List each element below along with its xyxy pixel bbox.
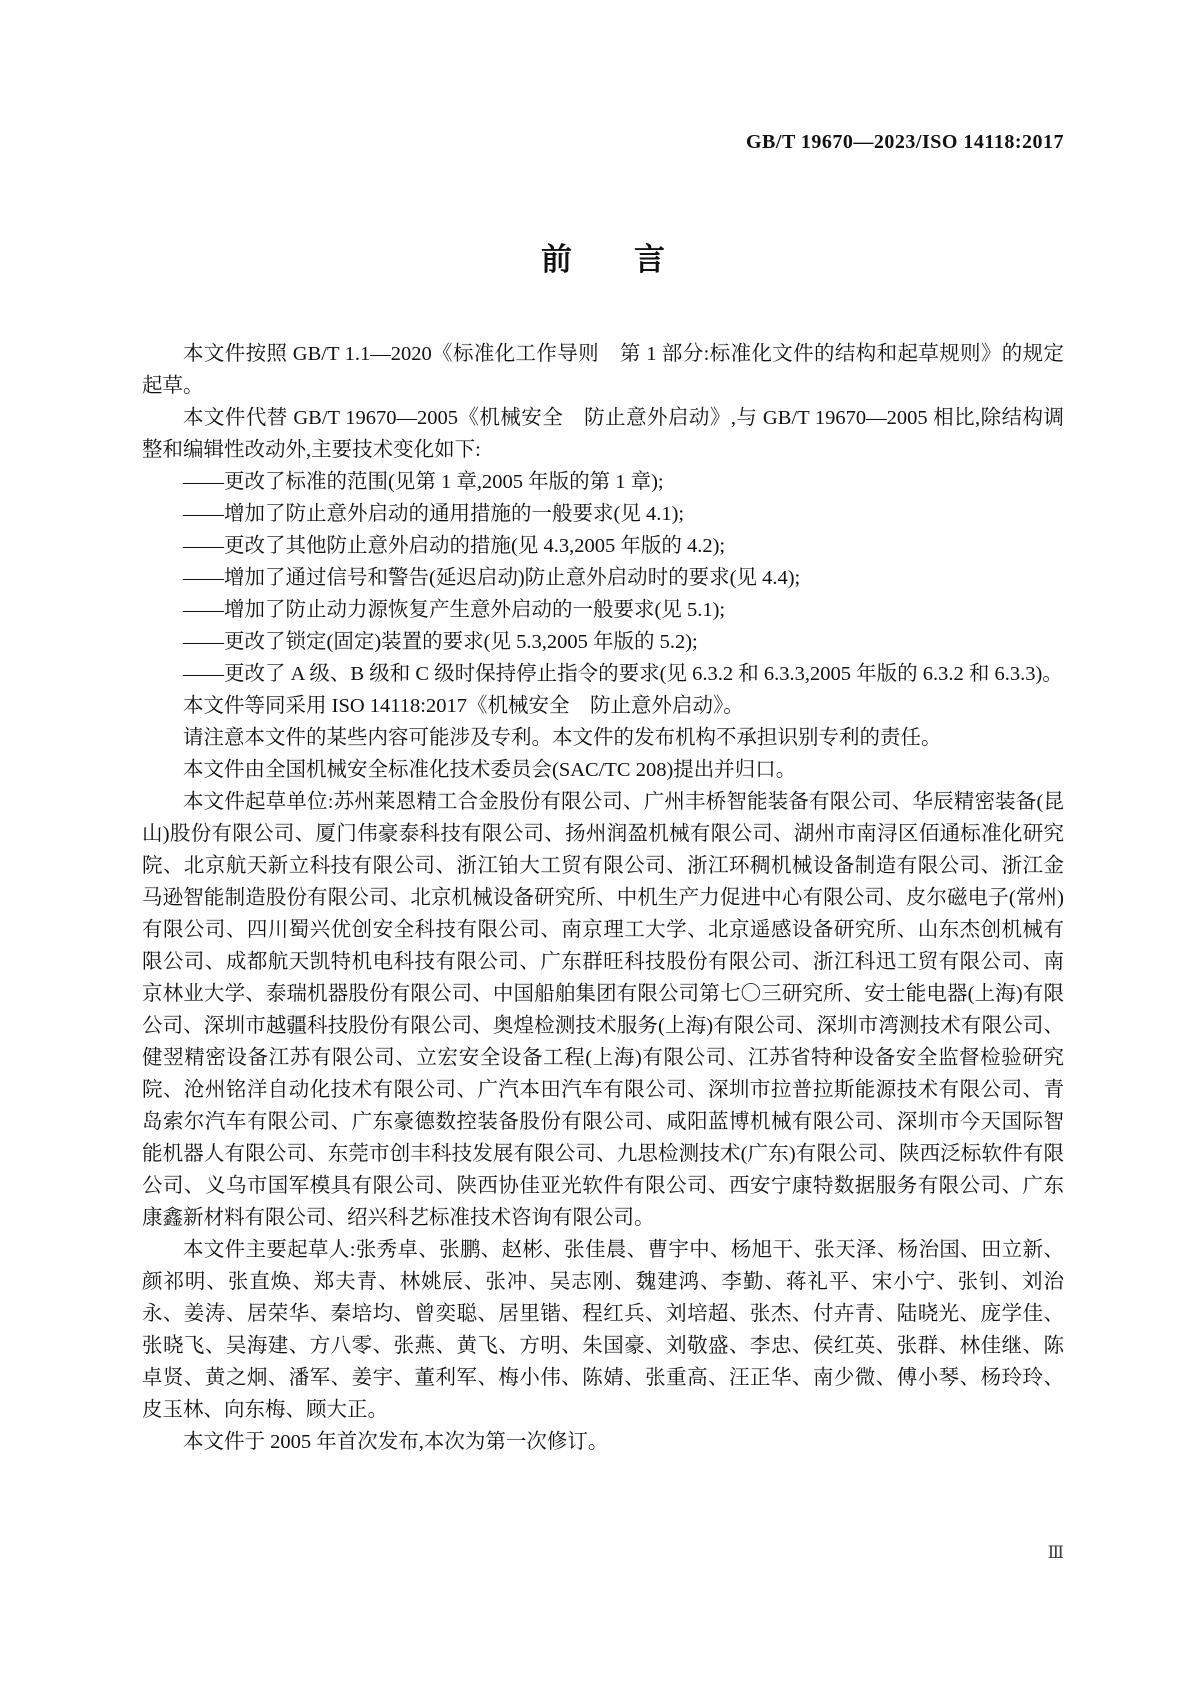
change-list-item: ——更改了 A 级、B 级和 C 级时保持停止指令的要求(见 6.3.2 和 6… (142, 658, 1064, 690)
change-list-item: ——增加了防止动力源恢复产生意外启动的一般要求(见 5.1); (142, 594, 1064, 626)
change-list-item: ——更改了标准的范围(见第 1 章,2005 年版的第 1 章); (142, 466, 1064, 498)
foreword-paragraph: 请注意本文件的某些内容可能涉及专利。本文件的发布机构不承担识别专利的责任。 (142, 722, 1064, 754)
change-list-item: ——更改了锁定(固定)装置的要求(见 5.3,2005 年版的 5.2); (142, 626, 1064, 658)
change-list-item: ——更改了其他防止意外启动的措施(见 4.3,2005 年版的 4.2); (142, 530, 1064, 562)
page-number: Ⅲ (142, 1543, 1064, 1563)
foreword-body: 本文件按照 GB/T 1.1—2020《标准化工作导则 第 1 部分:标准化文件… (142, 338, 1064, 1458)
foreword-paragraph: 本文件由全国机械安全标准化技术委员会(SAC/TC 208)提出并归口。 (142, 754, 1064, 786)
foreword-paragraph: 本文件等同采用 ISO 14118:2017《机械安全 防止意外启动》。 (142, 690, 1064, 722)
drafters-paragraph: 本文件主要起草人:张秀卓、张鹏、赵彬、张佳晨、曹宇中、杨旭干、张天泽、杨治国、田… (142, 1234, 1064, 1426)
revision-history-paragraph: 本文件于 2005 年首次发布,本次为第一次修订。 (142, 1426, 1064, 1458)
document-page: GB/T 19670—2023/ISO 14118:2017 前 言 本文件按照… (0, 0, 1191, 1685)
foreword-paragraph: 本文件按照 GB/T 1.1—2020《标准化工作导则 第 1 部分:标准化文件… (142, 338, 1064, 402)
change-list-item: ——增加了防止意外启动的通用措施的一般要求(见 4.1); (142, 498, 1064, 530)
standard-number-header: GB/T 19670—2023/ISO 14118:2017 (142, 131, 1064, 154)
change-list-item: ——增加了通过信号和警告(延迟启动)防止意外启动时的要求(见 4.4); (142, 562, 1064, 594)
page-title: 前 言 (142, 234, 1064, 279)
drafting-organizations-paragraph: 本文件起草单位:苏州莱恩精工合金股份有限公司、广州丰桥智能装备有限公司、华辰精密… (142, 786, 1064, 1234)
foreword-paragraph: 本文件代替 GB/T 19670—2005《机械安全 防止意外启动》,与 GB/… (142, 402, 1064, 466)
